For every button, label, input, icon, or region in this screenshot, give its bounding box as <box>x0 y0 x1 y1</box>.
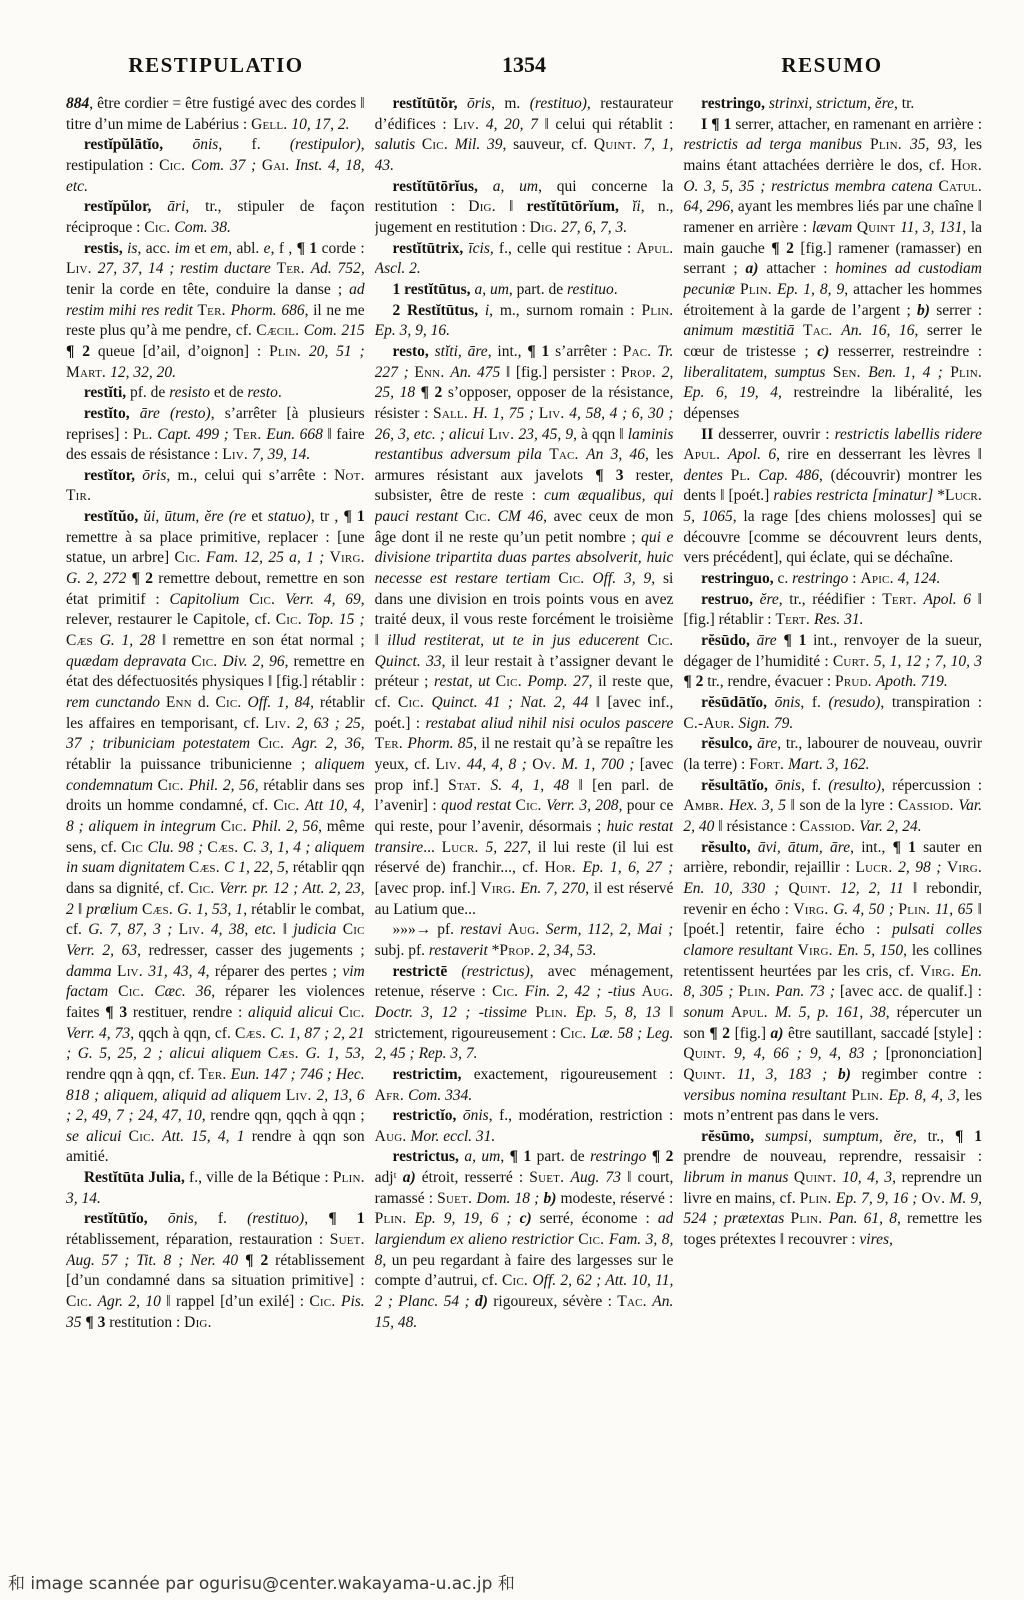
entry-restitutus-1: 1 restĭtūtus, a, um, part. de restituo. <box>375 280 674 301</box>
page-number: 1354 <box>366 52 682 78</box>
entry-restitutorius: restĭtūtōrĭus, a, um, qui concerne la re… <box>375 177 674 239</box>
entry-restringuo: restringuo, c. restringo : Apic. 4, 124. <box>683 569 982 590</box>
entry-restrictim: restrictim, exactement, rigoureusement :… <box>375 1065 674 1106</box>
entry-restricte: restrictē (restrictus), avec ménagement,… <box>375 962 674 1065</box>
scan-credit: 和 image scannée par ogurisu@center.wakay… <box>8 1574 515 1594</box>
entry-restringo-II: II desserrer, ouvrir : restrictis labell… <box>683 425 982 570</box>
entry-restipulatio: restĭpŭlātĭo, ōnis, f. (restipulor), res… <box>66 135 365 197</box>
entry-resto-forms: »»»→ pf. restavi Aug. Serm, 112, 2, Mai … <box>375 920 674 961</box>
entry-restio-continuation: 884, être cordier = être fustigé avec de… <box>66 94 365 135</box>
entry-restituta-julia: Restĭtūta Julia, f., ville de la Bétique… <box>66 1168 365 1209</box>
entry-resudatio: rĕsūdātĭo, ōnis, f. (resudo), transpirat… <box>683 693 982 734</box>
scan-footer: 和 image scannée par ogurisu@center.wakay… <box>8 1569 515 1594</box>
entry-restitutor: restĭtūtŏr, ōris, m. (restituo), restaur… <box>375 94 674 177</box>
entry-resudo: rĕsūdo, āre ¶ 1 int., renvoyer de la sue… <box>683 631 982 693</box>
entry-restito: restĭto, āre (resto), s’arrêter [à plusi… <box>66 404 365 466</box>
entry-resultatio: rĕsultātĭo, ōnis, f. (resulto), répercus… <box>683 776 982 838</box>
entry-restitutrix: restĭtūtrix, īcis, f., celle qui restitu… <box>375 239 674 280</box>
header-left-word: RESTIPULATIO <box>66 53 366 78</box>
entry-restringo-I: I ¶ 1 serrer, attacher, en ramenant en a… <box>683 115 982 425</box>
entry-restitutus-2: 2 Restĭtūtus, i, m., surnom romain : Pli… <box>375 301 674 342</box>
text-columns: 884, être cordier = être fustigé avec de… <box>66 94 982 1536</box>
column-1: 884, être cordier = être fustigé avec de… <box>66 94 365 1536</box>
entry-restituo: restĭtŭo, ŭi, ūtum, ĕre (re et statuo), … <box>66 507 365 1168</box>
entry-restitor: restĭtor, ōris, m., celui qui s’arrête :… <box>66 466 365 507</box>
entry-resulto: rĕsulto, āvi, ātum, āre, int., ¶ 1 saute… <box>683 838 982 1127</box>
entry-resumo: rĕsūmo, sumpsi, sumptum, ĕre, tr., ¶ 1 p… <box>683 1127 982 1251</box>
entry-resulco: rĕsulco, āre, tr., labourer de nouveau, … <box>683 734 982 775</box>
entry-restis: restis, is, acc. im et em, abl. e, f , ¶… <box>66 239 365 384</box>
entry-resto: resto, stĭti, āre, int., ¶ 1 s’arrêter :… <box>375 342 674 920</box>
entry-restrictus: restrictus, a, um, ¶ 1 part. de restring… <box>375 1147 674 1333</box>
entry-restruo: restruo, ĕre, tr., réédifier : Tert. Apo… <box>683 590 982 631</box>
entry-restringo: restringo, strinxi, strictum, ĕre, tr. <box>683 94 982 115</box>
dictionary-page: RESTIPULATIO 1354 RESUMO 884, être cordi… <box>0 0 1024 1600</box>
column-2: restĭtūtŏr, ōris, m. (restituo), restaur… <box>375 94 674 1536</box>
entry-restipulor: restĭpŭlor, āri, tr., stipuler de façon … <box>66 197 365 238</box>
running-head: RESTIPULATIO 1354 RESUMO <box>66 52 982 78</box>
entry-restrictio: restrictĭo, ōnis, f., modération, restri… <box>375 1106 674 1147</box>
entry-restitutio: restĭtūtĭo, ōnis, f. (restituo), ¶ 1 rét… <box>66 1209 365 1333</box>
column-3: restringo, strinxi, strictum, ĕre, tr.I … <box>683 94 982 1536</box>
header-right-word: RESUMO <box>682 53 982 78</box>
entry-restiti: restĭti, pf. de resisto et de resto. <box>66 383 365 404</box>
